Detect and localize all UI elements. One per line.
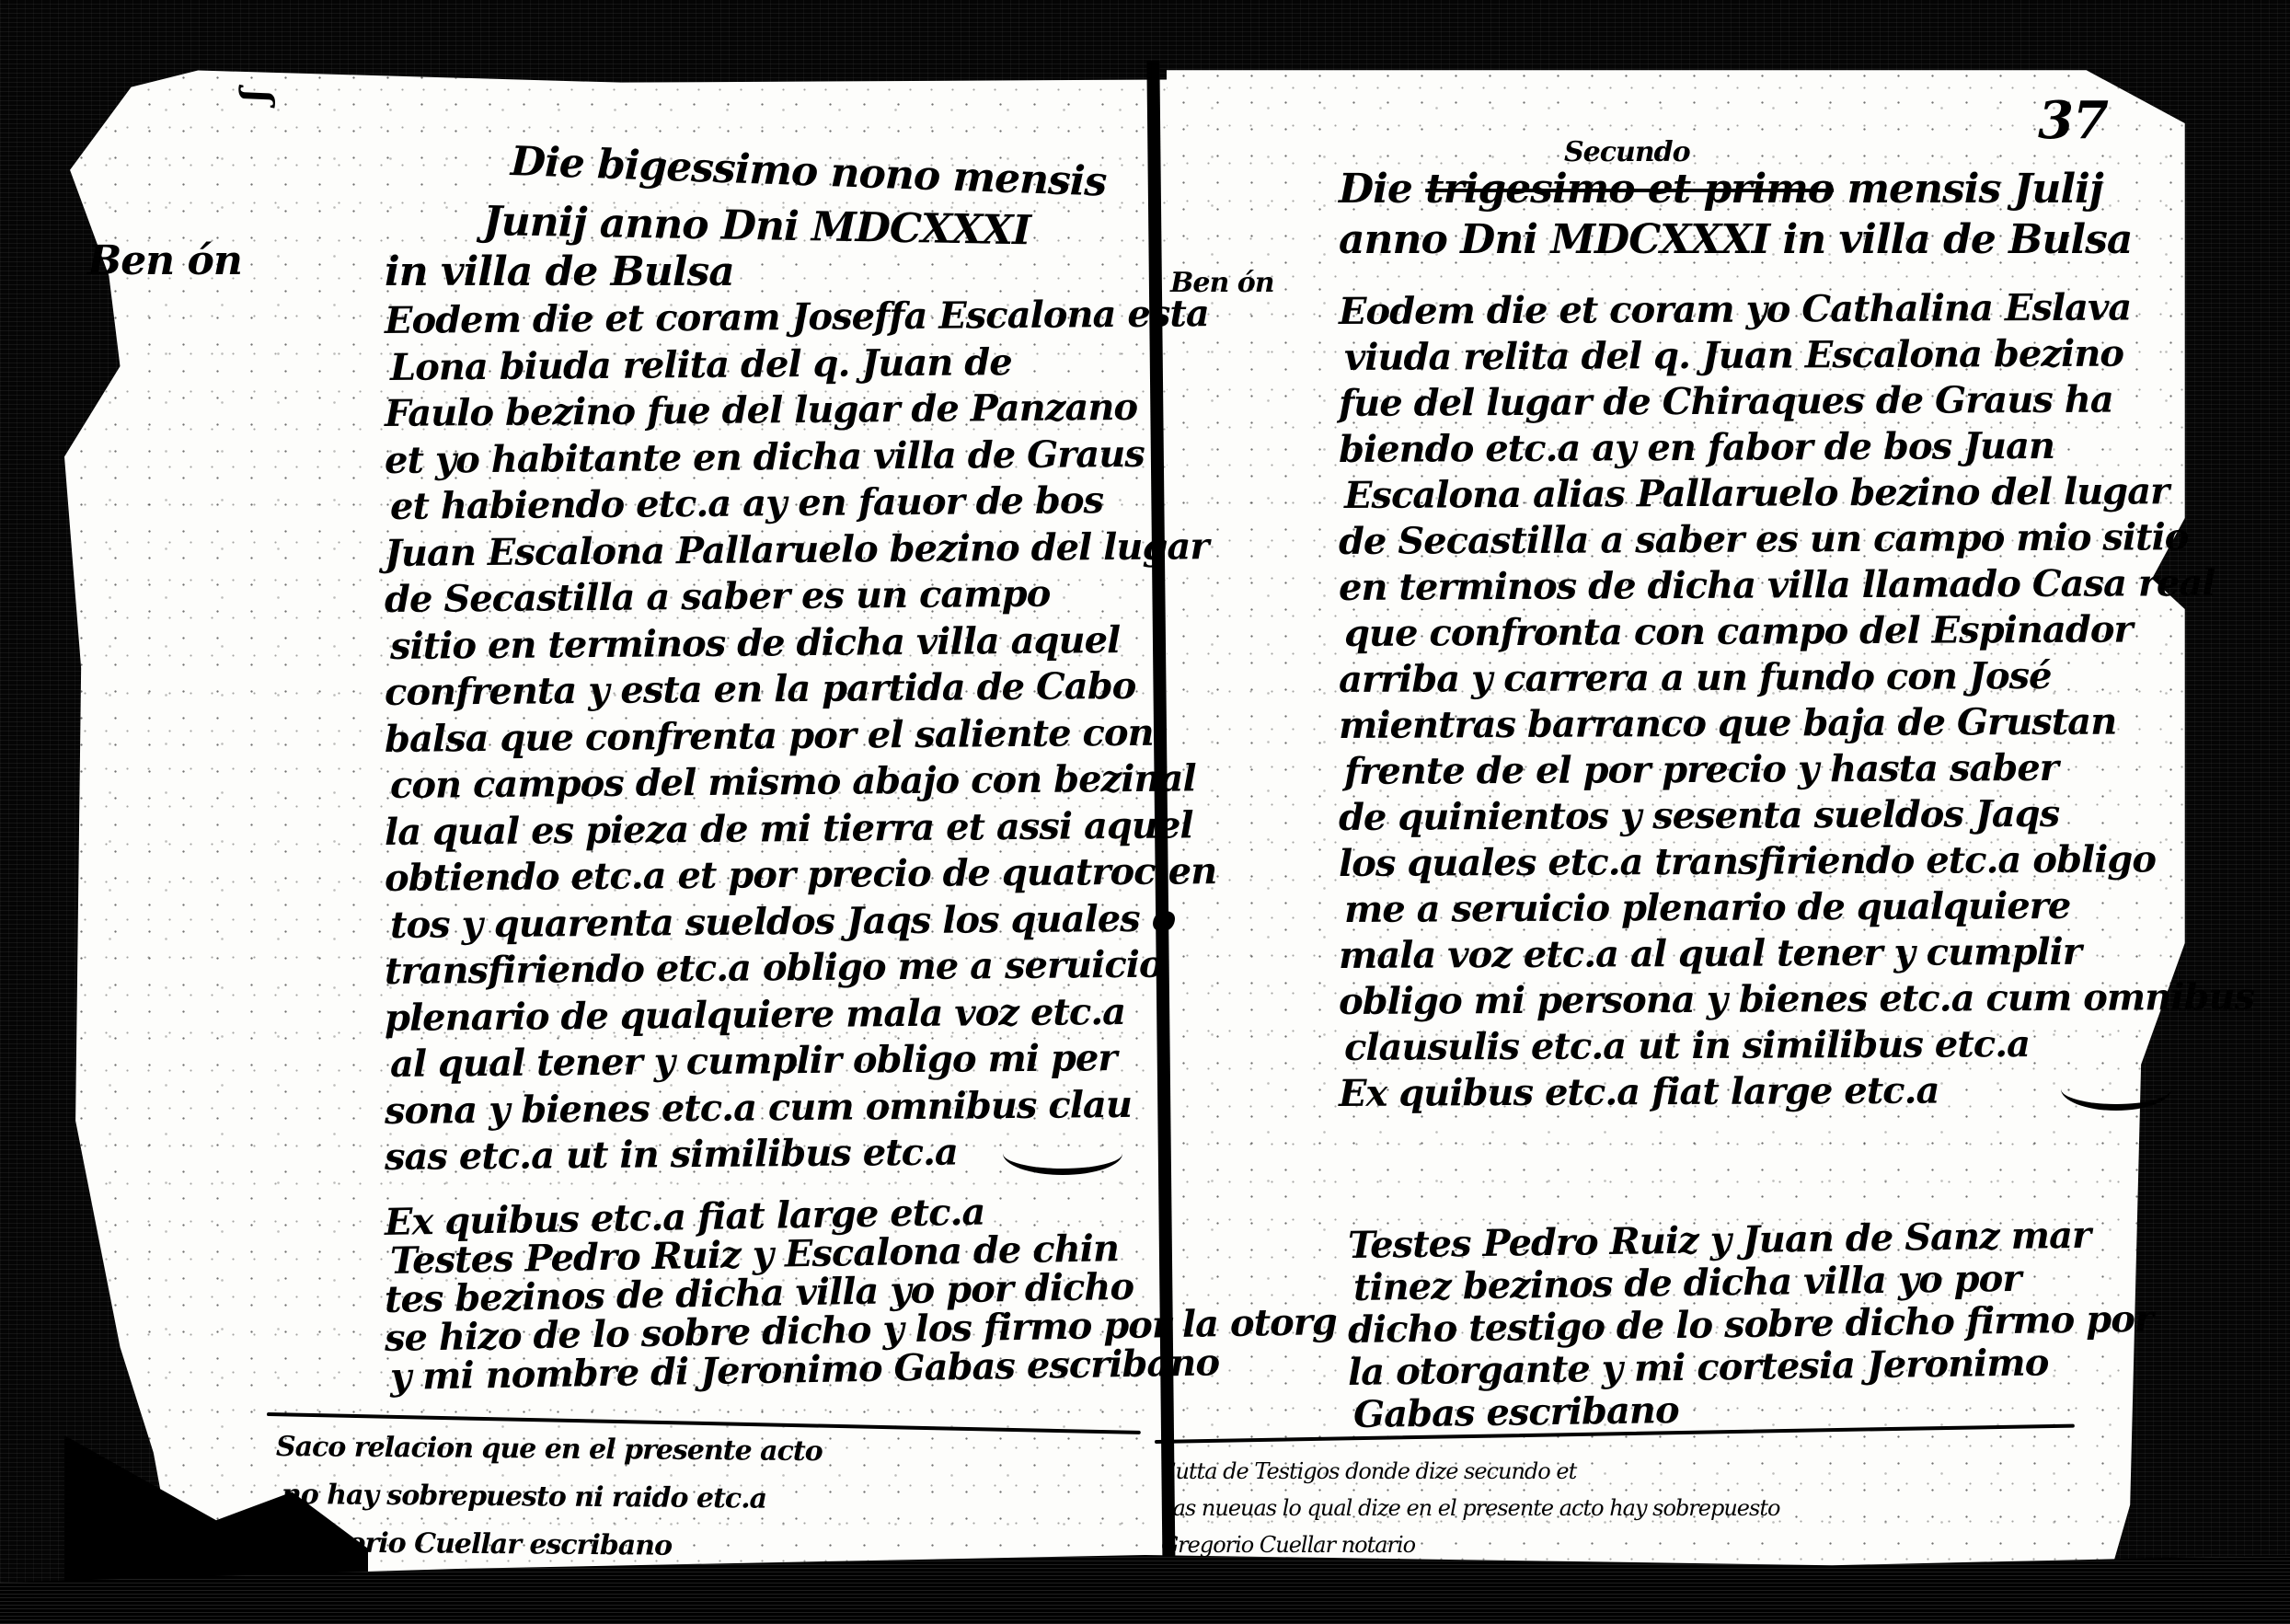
heading-die: Die (1339, 166, 1412, 213)
heading-month: mensis Julij (1847, 166, 2102, 213)
left-body-line: Faulo bezino fue del lugar de Panzano (385, 386, 1138, 435)
left-body-line: la qual es pieza de mi tierra et assi aq… (385, 803, 1193, 854)
left-body-line: con campos del mismo abajo con bezinal (390, 756, 1196, 807)
left-heading-line-2: Junij anno Dni MDCXXXI (483, 198, 1031, 254)
left-body-line: tos y quarenta sueldos Jaqs los quales o (390, 896, 1176, 946)
right-body-line: los quales etc.a transfiriendo etc.a obl… (1339, 837, 2156, 885)
left-body-line: et habiendo etc.a ay en fauor de bos (390, 478, 1104, 528)
right-body-line: que confronta con campo del Espinador (1344, 608, 2133, 655)
left-body-line: transfiriendo etc.a obligo me a seruicio (385, 943, 1163, 993)
left-margin-note: Ben ón (87, 237, 242, 284)
left-footer-line: Saco relacion que en el presente acto (276, 1431, 823, 1468)
left-margin-mark: ʃ (238, 91, 282, 102)
right-margin-note: Ben ón (1170, 267, 1274, 299)
left-body-line: Juan Escalona Pallaruelo bezino del luga… (385, 524, 1209, 575)
left-body-line: sona y bienes etc.a cum omnibus clau (385, 1082, 1132, 1132)
left-body-line: al qual tener y cumplir obligo mi per (390, 1036, 1117, 1086)
left-body-line: confrenta y esta en la partida de Cabo (385, 664, 1136, 714)
left-footer-line: no hay sobrepuesto ni raido etc.a (282, 1479, 766, 1515)
left-body-line: et yo habitante en dicha villa de Graus (385, 432, 1145, 481)
left-body-line: obtiendo etc.a et por precio de quatroci… (385, 849, 1217, 900)
right-body-line: Escalona alias Pallaruelo bezino del lug… (1344, 469, 2169, 517)
left-footer-line: Gregorio Cuellar escribano (276, 1526, 672, 1562)
right-body-line: de Secastilla a saber es un campo mio si… (1339, 515, 2189, 563)
right-body-line: Eodem die et coram yo Cathalina Eslava (1339, 285, 2131, 333)
right-footer-line: las nueuas lo qual dize en el presente a… (1167, 1495, 1779, 1521)
right-body-line: Ex quibus etc.a fiat large etc.a (1339, 1069, 1939, 1115)
right-body-line: arriba y carrera a un fundo con José (1339, 654, 2052, 701)
left-body-line: balsa que confrenta por el saliente con (385, 710, 1154, 760)
left-body-line: Eodem die et coram Joseffa Escalona esta (385, 292, 1209, 342)
right-body-line: me a seruicio plenario de qualquiere (1344, 884, 2070, 931)
left-flourish (1003, 1132, 1122, 1175)
right-body-line: clausulis etc.a ut in similibus etc.a (1344, 1022, 2030, 1069)
right-heading-line-2: anno Dni MDCXXXI in villa de Bulsa (1339, 216, 2132, 263)
left-body-line: plenario de qualquiere mala voz etc.a (385, 989, 1125, 1039)
left-body-line: de Secastilla a saber es un campo (385, 572, 1051, 621)
right-footer-line: Gregorio Cuellar notario (1161, 1532, 1415, 1558)
left-heading-line-3: in villa de Bulsa (385, 248, 734, 295)
left-body-line: sitio en terminos de dicha villa aquel (390, 618, 1121, 668)
right-flourish (2061, 1067, 2171, 1111)
right-body-line: fue del lugar de Chiraques de Graus ha (1339, 378, 2113, 425)
right-body-line: de quinientos y sesenta sueldos Jaqs (1339, 792, 2059, 839)
right-body-line: en terminos de dicha villa llamado Casa … (1339, 561, 2215, 609)
left-body-line: sas etc.a ut in similibus etc.a (385, 1131, 958, 1179)
right-body-line: mientras barranco que baja de Grustan (1339, 700, 2116, 747)
right-body-line: viuda relita del q. Juan Escalona bezino (1344, 332, 2123, 379)
right-insertion-secundo: Secundo (1564, 136, 1690, 168)
left-body-line: Lona biuda relita del q. Juan de (390, 340, 1012, 389)
right-body-line: obligo mi persona y bienes etc.a cum omn… (1339, 975, 2254, 1023)
right-heading-line-1: Die trigesimo et primo mensis Julij (1339, 166, 2103, 213)
right-body-line: mala voz etc.a al qual tener y cumplir (1339, 930, 2081, 977)
right-footer-line: Sutta de Testigos donde dize secundo et (1161, 1458, 1576, 1484)
right-closing-line: Gabas escribano (1353, 1388, 1679, 1436)
right-body-line: frente de el por precio y hasta saber (1344, 746, 2058, 793)
right-body-line: biendo etc.a ay en fabor de bos Juan (1339, 424, 2054, 471)
folio-number: 37 (2038, 90, 2108, 151)
heading-struck-text: trigesimo et primo (1425, 166, 1834, 213)
